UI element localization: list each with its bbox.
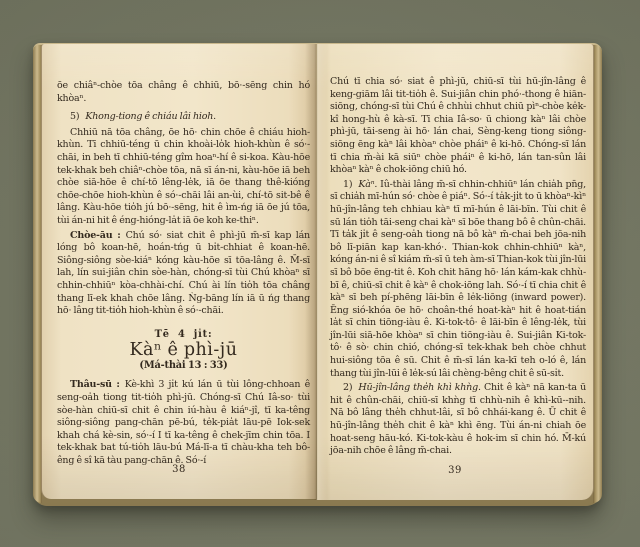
- item1-title: Kàⁿ.: [358, 179, 377, 190]
- item1-text: Iû-thài lâng m̄-sī chhin-chhiūⁿ lán chia…: [330, 179, 586, 379]
- section-number: 5): [70, 111, 79, 122]
- closing-text: Chú só· siat chit ê phì-jū m̄-sī kap lán…: [57, 230, 310, 317]
- paragraph-item2: 2)Hū-jîn-lâng the̍h khì khǹg. Chit ê kàⁿ…: [330, 382, 586, 458]
- section-heading: 5)Khong-tiong ê chiáu lâi hioh.: [57, 111, 310, 124]
- intro-text: Kè-khì 3 ji̍t kú lán ū tùi lông-chhoan ê…: [57, 379, 310, 466]
- scripture-reference: (Má-thài 13 : 33): [57, 360, 310, 373]
- photo-background: ōe chiâⁿ-chòe tōa châng ê chhiū, bō·-sēn…: [0, 0, 640, 547]
- paragraph-growth: Chhiū nā tōa châng, ōe hō· chin chōe ê c…: [57, 127, 310, 228]
- item2-title: Hū-jîn-lâng the̍h khì khǹg.: [358, 382, 480, 393]
- item1-number: 1): [343, 179, 352, 190]
- item2-text: Chit ê kàⁿ nā kan-ta ū hit ê chûn-chāi, …: [330, 382, 586, 456]
- paragraph-item1: 1)Kàⁿ. Iû-thài lâng m̄-sī chhin-chhiūⁿ l…: [330, 179, 586, 381]
- left-page-text: ōe chiâⁿ-chòe tōa châng ê chhiū, bō·-sēn…: [57, 80, 310, 470]
- chapter-title: Kàⁿ ê phì-jū: [57, 344, 310, 357]
- section-title: Khong-tiong ê chiáu lâi hioh.: [85, 111, 216, 122]
- page-edge-right: [593, 45, 602, 503]
- paragraph-kah-intro: Chú tī chia só· siat ê phì-jū, chiū-sī t…: [330, 76, 586, 177]
- right-page: Chú tī chia só· siat ê phì-jū, chiū-sī t…: [317, 44, 594, 500]
- intro-lead: Thâu-sū :: [70, 379, 120, 390]
- page-number-left: 38: [42, 464, 316, 475]
- closing-lead: Chòe-āu :: [70, 230, 121, 241]
- paragraph-intro: Thâu-sū :Kè-khì 3 ji̍t kú lán ū tùi lông…: [57, 379, 310, 467]
- paragraph-closing: Chòe-āu :Chú só· siat chit ê phì-jū m̄-s…: [57, 230, 310, 318]
- paragraph-continuation: ōe chiâⁿ-chòe tōa châng ê chhiū, bō·-sēn…: [57, 80, 310, 105]
- right-page-text: Chú tī chia só· siat ê phì-jū, chiū-sī t…: [330, 76, 586, 460]
- left-page: ōe chiâⁿ-chòe tōa châng ê chhiū, bō·-sēn…: [41, 44, 316, 499]
- item2-number: 2): [343, 382, 352, 393]
- page-number-right: 39: [317, 465, 593, 476]
- open-book: ōe chiâⁿ-chòe tōa châng ê chhiū, bō·-sēn…: [33, 43, 602, 506]
